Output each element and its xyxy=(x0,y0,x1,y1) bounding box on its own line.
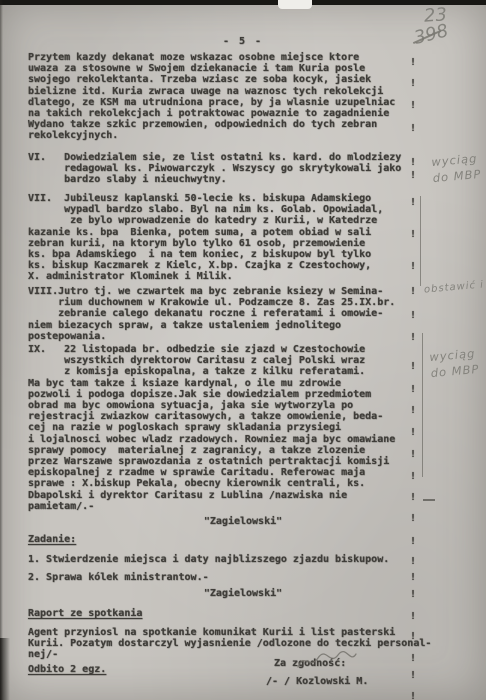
exclamation-mark: ! xyxy=(410,124,416,134)
exclamation-mark: ! xyxy=(410,333,416,343)
pencil-margin-line xyxy=(422,333,423,477)
scan-shadow-bottom-left xyxy=(0,638,10,700)
exclamation-mark: ! xyxy=(410,450,416,460)
exclamation-mark: ! xyxy=(410,362,416,372)
exclamation-mark: ! xyxy=(410,262,416,272)
margin-note-obstawic: obstawić i xyxy=(423,277,484,298)
certifier-name: /- / Kozlowski M. xyxy=(266,676,368,687)
meeting-report-heading: Raport ze spotkania xyxy=(28,608,142,619)
tasks-heading: Zadanie: xyxy=(28,534,76,545)
exclamation-mark: ! xyxy=(410,573,416,583)
exclamation-mark: ! xyxy=(410,230,416,240)
exclamation-mark: ! xyxy=(410,198,416,208)
exclamation-mark: ! xyxy=(410,590,416,600)
margin-note-extract-to-mbp: wyciąg do MBP xyxy=(431,150,482,186)
paragraph-item-vi: VI. Dowiedzialem sie, ze list ostatni ks… xyxy=(28,152,401,186)
task-item: 1. Stwierdzenie miejsca i daty najblizsz… xyxy=(28,554,389,565)
exclamation-mark: ! xyxy=(410,557,416,567)
paragraph-item-vii: VII. Jubileusz kaplanski 50-lecie ks. bi… xyxy=(28,193,383,283)
paragraph-intro: Przytem kazdy dekanat moze wskazac osobn… xyxy=(28,52,395,142)
exclamation-mark: ! xyxy=(410,171,416,181)
exclamation-mark: ! xyxy=(410,632,416,642)
exclamation-mark: ! xyxy=(410,493,416,503)
exclamation-mark: ! xyxy=(410,58,416,68)
paragraph-item-viii: VIII.Jutro tj. we czwartek ma byc zebran… xyxy=(28,286,395,342)
exclamation-mark: ! xyxy=(410,692,416,700)
exclamation-mark: ! xyxy=(410,79,416,89)
copies-note: Odbito 2 egz. xyxy=(28,664,106,675)
scan-edge-top xyxy=(0,0,486,5)
task-item: 2. Sprawa kólek ministrantow.- xyxy=(28,572,209,583)
pencil-margin-line xyxy=(420,196,421,286)
pencil-dash-mark xyxy=(423,499,435,501)
exclamation-mark: ! xyxy=(410,472,416,482)
exclamation-mark: ! xyxy=(410,406,416,416)
exclamation-mark: ! xyxy=(410,101,416,111)
exclamation-mark: ! xyxy=(410,385,416,395)
exclamation-mark: ! xyxy=(410,654,416,664)
exclamation-mark: ! xyxy=(410,311,416,321)
exclamation-mark: ! xyxy=(410,612,416,622)
exclamation-mark: ! xyxy=(410,287,416,297)
exclamation-mark: ! xyxy=(410,537,416,547)
exclamation-mark: ! xyxy=(410,514,416,524)
paragraph-item-ix: IX. 22 listopada br. odbedzie sie zjazd … xyxy=(28,344,395,512)
meeting-report-text: Agent przyniosl na spotkanie komunikat K… xyxy=(28,627,431,661)
margin-note-extract-to-mbp: wyciąg do MBP xyxy=(429,345,480,381)
scanned-document-page: 23 398 - 5 - Przytem kazdy dekanat moze … xyxy=(0,0,486,700)
paper-tear-notch xyxy=(278,0,312,9)
handwritten-signature-squiggle xyxy=(296,648,358,672)
exclamation-mark: ! xyxy=(410,671,416,681)
exclamation-mark: ! xyxy=(410,158,416,168)
page-number: - 5 - xyxy=(0,36,486,47)
exclamation-mark: ! xyxy=(410,428,416,438)
